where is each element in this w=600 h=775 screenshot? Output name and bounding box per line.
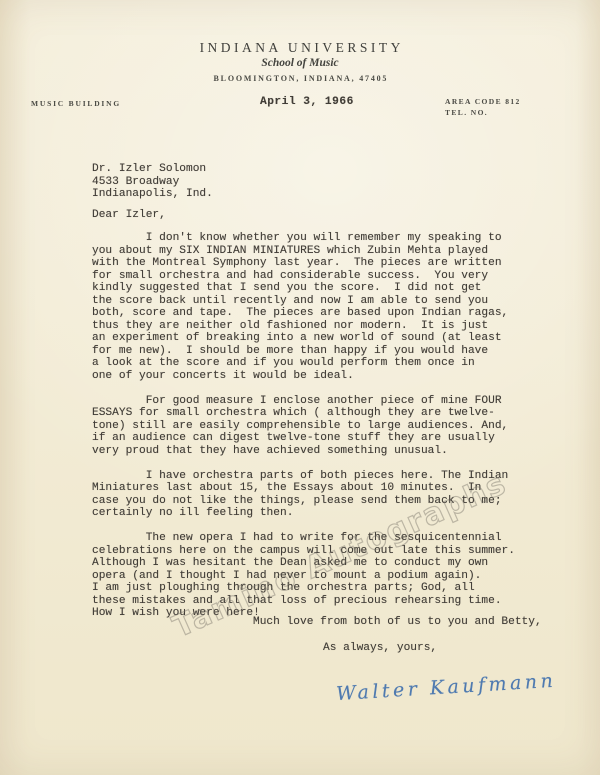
letter-body: I don't know whether you will remember m… (92, 232, 552, 632)
signature-handwriting: Walter Kaufmann (336, 669, 572, 705)
letter-scan: INDIANA UNIVERSITY School of Music BLOOM… (0, 0, 600, 775)
salutation: Dear Izler, (92, 209, 166, 222)
paragraph-2: For good measure I enclose another piece… (92, 395, 552, 458)
letterhead-tel-label: TEL. NO. (445, 107, 521, 118)
letterhead-area-code: AREA CODE 812 (445, 96, 521, 107)
paragraph-3: I have orchestra parts of both pieces he… (92, 470, 552, 520)
paragraph-1: I don't know whether you will remember m… (92, 232, 552, 382)
letterhead-institution: INDIANA UNIVERSITY (0, 40, 600, 56)
letterhead-building: MUSIC BUILDING (31, 99, 121, 108)
letterhead-department: School of Music (0, 57, 600, 69)
valediction: As always, yours, (323, 642, 437, 655)
recipient-address: Dr. Izler Solomon 4533 Broadway Indianap… (92, 163, 213, 201)
paragraph-4: The new opera I had to write for the ses… (92, 532, 552, 620)
letterhead-city-line: BLOOMINGTON, INDIANA, 47405 (0, 74, 600, 83)
letterhead-contact: AREA CODE 812 TEL. NO. (445, 96, 521, 118)
letter-date: April 3, 1966 (260, 96, 354, 109)
closing-line: Much love from both of us to you and Bet… (253, 616, 542, 629)
